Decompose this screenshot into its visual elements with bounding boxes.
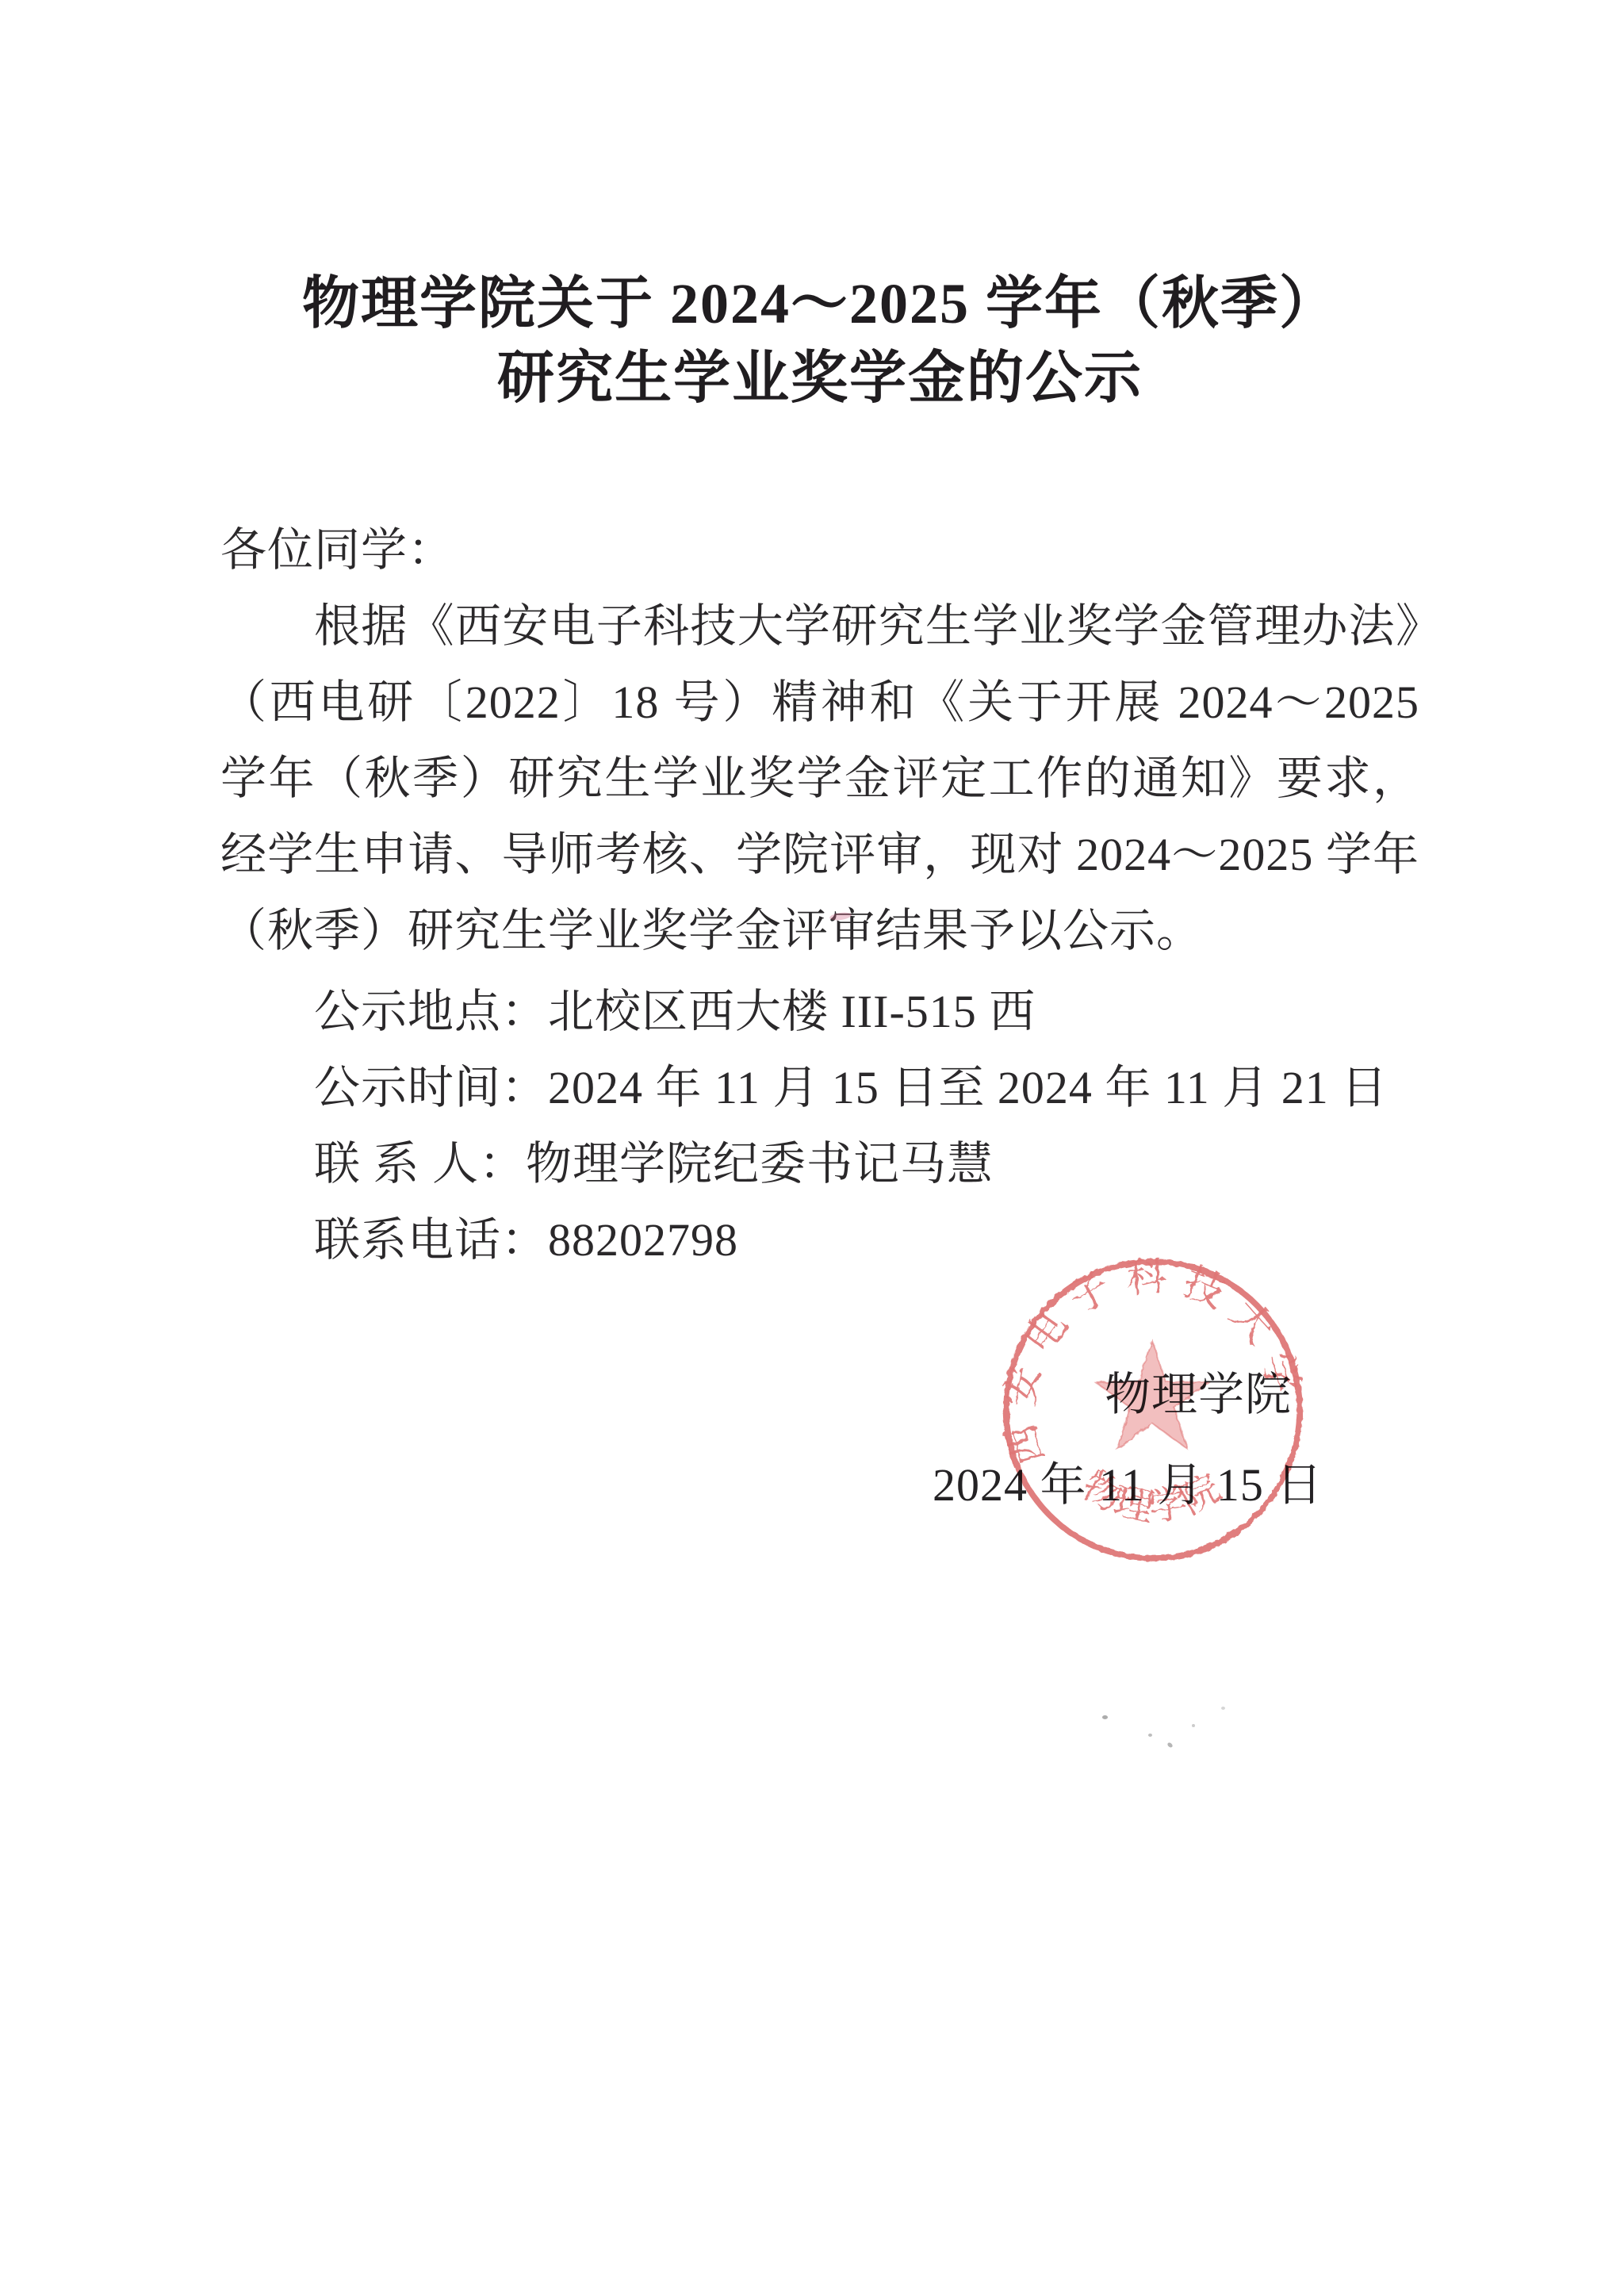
detail-label: 联 系 人： (314, 1138, 526, 1190)
scan-artifact (1148, 1734, 1152, 1737)
notice-title-line-1: 物理学院关于 2024～2025 学年（秋季） (220, 266, 1419, 341)
detail-value: 88202798 (548, 1214, 738, 1266)
notice-title-line-2: 研究生学业奖学金的公示 (220, 341, 1419, 416)
detail-row-time: 公示时间：2024 年 11 月 15 日至 2024 年 11 月 21 日 (220, 1050, 1419, 1126)
detail-row-location: 公示地点：北校区西大楼 III-515 西 (220, 974, 1419, 1050)
notice-body: 各位同学： 根据《西安电子科技大学研究生学业奖学金管理办法》（西电研〔2022〕… (220, 512, 1419, 1278)
star-icon (1096, 1341, 1209, 1449)
detail-label: 公示地点： (314, 986, 548, 1037)
notice-title: 物理学院关于 2024～2025 学年（秋季） 研究生学业奖学金的公示 (220, 266, 1419, 416)
scan-artifact (1221, 1707, 1225, 1710)
detail-label: 公示时间： (314, 1062, 548, 1113)
details-block: 公示地点：北校区西大楼 III-515 西 公示时间：2024 年 11 月 1… (220, 974, 1419, 1278)
stamp-unit-arc-text: 物理学院 (1074, 1463, 1228, 1530)
official-stamp: 西安电子科技大学 物理学院 (986, 1243, 1319, 1584)
detail-value: 物理学院纪委书记马慧 (526, 1138, 994, 1190)
scan-artifact (1192, 1724, 1195, 1727)
detail-row-contact: 联 系 人：物理学院纪委书记马慧 (220, 1126, 1419, 1202)
scan-artifact (1102, 1715, 1108, 1719)
body-paragraph: 根据《西安电子科技大学研究生学业奖学金管理办法》（西电研〔2022〕18 号）精… (220, 588, 1419, 969)
detail-value: 2024 年 11 月 15 日至 2024 年 11 月 21 日 (548, 1062, 1388, 1113)
scan-artifact (1166, 1741, 1174, 1748)
scanned-notice-page: 物理学院关于 2024～2025 学年（秋季） 研究生学业奖学金的公示 各位同学… (0, 0, 1624, 2295)
detail-value: 北校区西大楼 III-515 西 (548, 986, 1036, 1037)
greeting-line: 各位同学： (220, 512, 1419, 588)
detail-label: 联系电话： (314, 1214, 548, 1266)
